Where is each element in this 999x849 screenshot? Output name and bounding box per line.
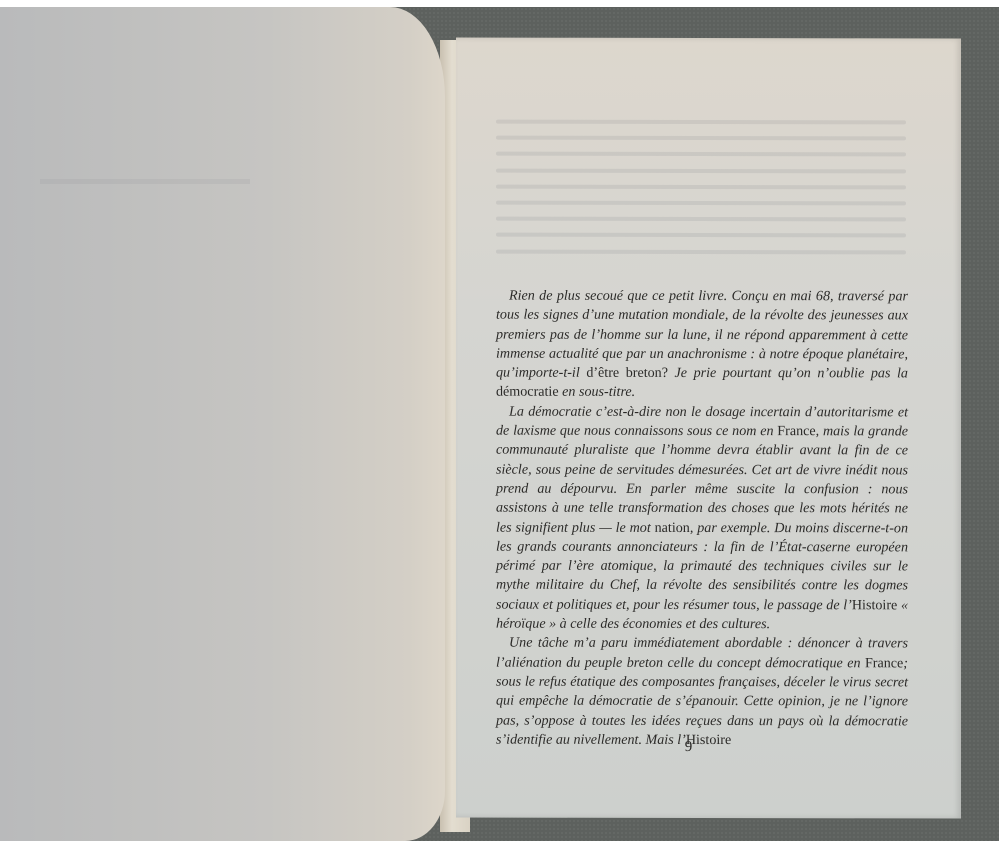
text-segment-roman: France [777,423,815,439]
text-segment: Une tâche m’a paru immédiatement abordab… [496,635,908,671]
show-through-text [496,120,906,266]
book-photo: Rien de plus secoué que ce petit livre. … [0,7,999,841]
page-number: 9 [456,739,961,757]
right-page: Rien de plus secoué que ce petit livre. … [456,38,961,819]
text-segment: en sous-titre. [559,384,636,400]
body-text: Rien de plus secoué que ce petit livre. … [496,287,908,751]
left-page [0,7,445,841]
text-segment-roman: démocratie [496,384,559,400]
text-segment: Je prie pourtant qu’on n’oublie pas la [668,365,908,381]
text-segment-roman: Histoire [852,597,897,613]
left-page-show-through [40,179,250,184]
paragraph-2: La démocratie c’est-à-dire non le dosage… [496,402,908,634]
text-segment-roman: nation [655,519,690,535]
text-segment-roman: d’être breton? [586,365,668,381]
paragraph-3: Une tâche m’a paru immédiatement abordab… [496,634,908,751]
paragraph-1: Rien de plus secoué que ce petit livre. … [496,287,908,404]
text-segment-roman: France [865,655,903,671]
